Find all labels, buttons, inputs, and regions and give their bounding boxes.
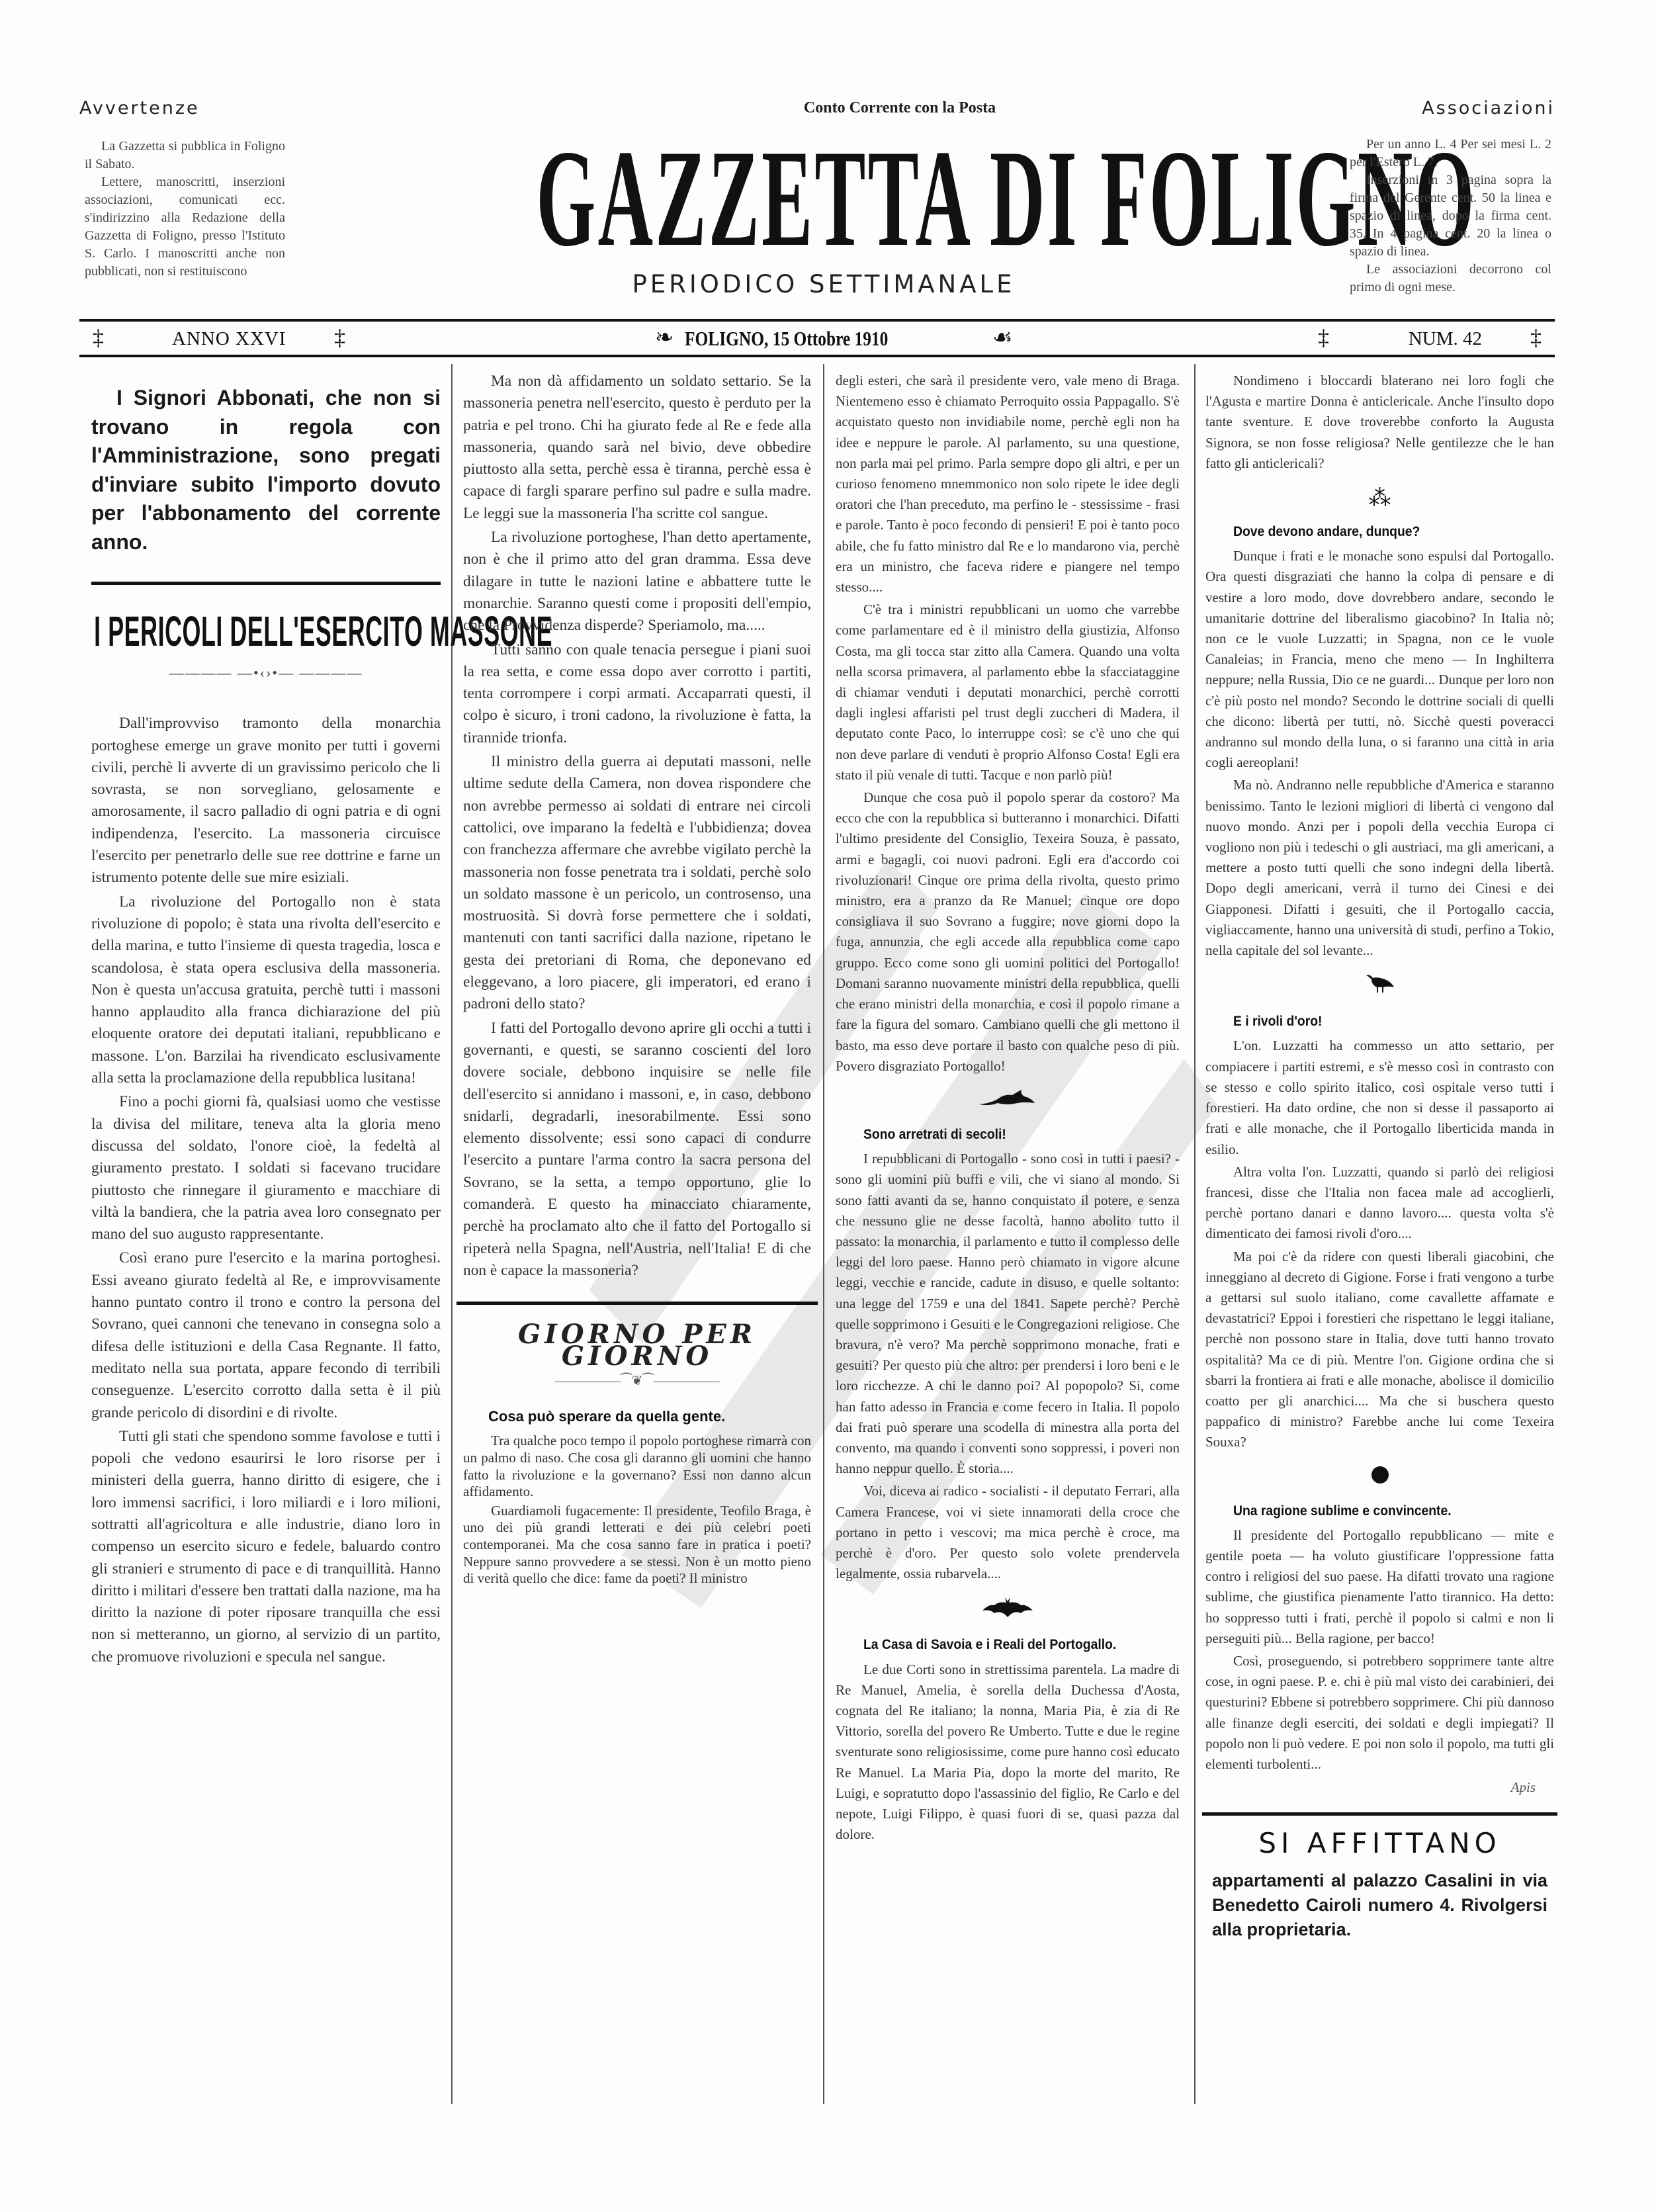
- article-paragraph: Le due Corti sono in strettissima parent…: [836, 1659, 1180, 1845]
- article-paragraph: degli esteri, che sarà il presidente ver…: [836, 371, 1180, 597]
- column-1: I Signori Abbonati, che non si trovano i…: [91, 371, 441, 1670]
- dot-icon: [1205, 1465, 1554, 1491]
- article-paragraph: Ma nò. Andranno nelle repubbliche d'Amer…: [1205, 775, 1554, 961]
- section-rule: [1202, 1812, 1557, 1816]
- associazioni-paragraph: Per un anno L. 4 Per sei mesi L. 2 per l…: [1350, 136, 1551, 171]
- article-paragraph: Il presidente del Portogallo repubblican…: [1205, 1525, 1554, 1649]
- article-paragraph: Ma non dà affidamento un soldato settari…: [463, 371, 811, 525]
- fleuron-left-icon: ❧: [655, 323, 674, 353]
- avvertenze-note: La Gazzetta si pubblica in Foligno il Sa…: [85, 138, 285, 281]
- issue-date: FOLIGNO, 15 Ottobre 1910: [685, 327, 888, 351]
- article-paragraph: I repubblicani di Portogallo - sono così…: [836, 1149, 1180, 1479]
- column-divider: [1194, 364, 1196, 2104]
- associazioni-note: Per un anno L. 4 Per sei mesi L. 2 per l…: [1350, 136, 1551, 296]
- pillar-ornament-icon: ‡: [93, 323, 104, 353]
- column-4: Nondimeno i bloccardi blaterano nei loro…: [1205, 371, 1554, 1942]
- issue-number: NUM. 42: [1409, 328, 1482, 350]
- article-paragraph: Tutti sanno con quale tenacia persegue i…: [463, 639, 811, 749]
- associazioni-paragraph: Le associazioni decorrono col primo di o…: [1350, 261, 1551, 296]
- section-rule: [457, 1302, 818, 1305]
- headline-divider-icon: ———— —•‹›•— ————: [91, 662, 441, 684]
- article-paragraph: Ma poi c'è da ridere con questi liberali…: [1205, 1247, 1554, 1453]
- article-paragraph: L'on. Luzzatti ha commesso un atto setta…: [1205, 1036, 1554, 1159]
- article-paragraph: Dunque i frati e le monache sono espulsi…: [1205, 546, 1554, 773]
- newspaper-page: Avvertenze Conto Corrente con la Posta A…: [0, 0, 1654, 2212]
- article-paragraph: Dunque che cosa può il popolo sperar da …: [836, 787, 1180, 1077]
- anno-label: ANNO XXVI: [172, 328, 286, 350]
- masthead-labels: Avvertenze Conto Corrente con la Posta A…: [79, 98, 1555, 124]
- avvertenze-paragraph: Lettere, manoscritti, inserzioni associa…: [85, 173, 285, 281]
- section-heading: La Casa di Savoia e i Reali del Portogal…: [863, 1634, 1154, 1655]
- article-paragraph: Così, proseguendo, si potrebbero sopprim…: [1205, 1651, 1554, 1775]
- pillar-ornament-icon: ‡: [334, 323, 345, 353]
- pillar-ornament-icon: ‡: [1318, 323, 1329, 353]
- section-heading: Dove devono andare, dunque?: [1233, 521, 1528, 542]
- asterism-icon: ⁂: [1205, 486, 1554, 512]
- date-bar-bottom-rule: [79, 355, 1555, 357]
- column-divider: [823, 364, 824, 2104]
- article-paragraph: Tra qualche poco tempo il popolo portogh…: [463, 1433, 811, 1500]
- column-2: Ma non dà affidamento un soldato settari…: [463, 371, 811, 1589]
- associazioni-label: Associazioni: [1422, 98, 1555, 118]
- author-signature: Apis: [1205, 1777, 1554, 1798]
- column-3: degli esteri, che sarà il presidente ver…: [836, 371, 1180, 1847]
- article-paragraph: C'è tra i ministri repubblicani un uomo …: [836, 599, 1180, 785]
- section-heading: E i rivoli d'oro!: [1233, 1011, 1528, 1032]
- avvertenze-paragraph: La Gazzetta si pubblica in Foligno il Sa…: [85, 138, 285, 173]
- date-bar-top-rule: [79, 319, 1555, 322]
- associazioni-paragraph: Inserzioni in 3 pagina sopra la firma de…: [1350, 171, 1551, 261]
- giorno-per-giorno-title: GIORNO PER GIORNO: [463, 1323, 811, 1368]
- section-heading: Una ragione sublime e convincente.: [1233, 1501, 1528, 1521]
- article-paragraph: Guardiamoli fugacemente: Il presidente, …: [463, 1503, 811, 1587]
- subscription-notice: I Signori Abbonati, che non si trovano i…: [91, 384, 441, 556]
- rabbit-icon: [836, 1088, 1180, 1115]
- date-bar: ‡ ANNO XXVI ‡ ❧ FOLIGNO, 15 Ottobre 1910…: [79, 323, 1555, 353]
- article-paragraph: Fino a pochi giorni fà, qualsiasi uomo c…: [91, 1091, 441, 1245]
- article-paragraph: Tutti gli stati che spendono somme favol…: [91, 1426, 441, 1668]
- bat-icon: [836, 1596, 1180, 1625]
- pillar-ornament-icon: ‡: [1530, 323, 1542, 353]
- bird-icon: [1205, 973, 1554, 1002]
- section-rule: [91, 582, 441, 585]
- article-paragraph: Voi, diceva ai radico - socialisti - il …: [836, 1481, 1180, 1584]
- advertisement-body: appartamenti al palazzo Casalini in via …: [1205, 1869, 1554, 1942]
- newspaper-title: GAZZETTA DI FOLIGNO: [537, 132, 1111, 265]
- scroll-ornament-icon: —————⁀❦⁀—————: [463, 1370, 811, 1392]
- article-paragraph: La rivoluzione del Portogallo non è stat…: [91, 891, 441, 1090]
- section-heading: Sono arretrati di secoli!: [863, 1124, 1154, 1145]
- conto-corrente-label: Conto Corrente con la Posta: [675, 99, 1125, 117]
- article-paragraph: La rivoluzione portoghese, l'han detto a…: [463, 527, 811, 637]
- article-paragraph: Il ministro della guerra ai deputati mas…: [463, 751, 811, 1016]
- advertisement-title: SI AFFITTANO: [1205, 1833, 1554, 1853]
- giorno-per-giorno-section: GIORNO PER GIORNO —————⁀❦⁀————— Cosa può…: [463, 1302, 811, 1587]
- avvertenze-label: Avvertenze: [79, 98, 200, 118]
- section-heading: Cosa può sperare da quella gente.: [488, 1405, 811, 1427]
- article-paragraph: Così erano pure l'esercito e la marina p…: [91, 1247, 441, 1423]
- article-paragraph: Nondimeno i bloccardi blaterano nei loro…: [1205, 371, 1554, 474]
- notice-text: I Signori Abbonati, che non si trovano i…: [91, 384, 441, 556]
- article-paragraph: Dall'improvviso tramonto della monarchia…: [91, 713, 441, 889]
- fleuron-right-icon: ☙: [992, 323, 1012, 353]
- article-paragraph: I fatti del Portogallo devono aprire gli…: [463, 1018, 811, 1282]
- main-headline: I PERICOLI DELL'ESERCITO MASSONE: [94, 605, 438, 658]
- article-paragraph: Altra volta l'on. Luzzatti, quando si pa…: [1205, 1162, 1554, 1245]
- newspaper-subtitle: PERIODICO SETTIMANALE: [301, 270, 1346, 298]
